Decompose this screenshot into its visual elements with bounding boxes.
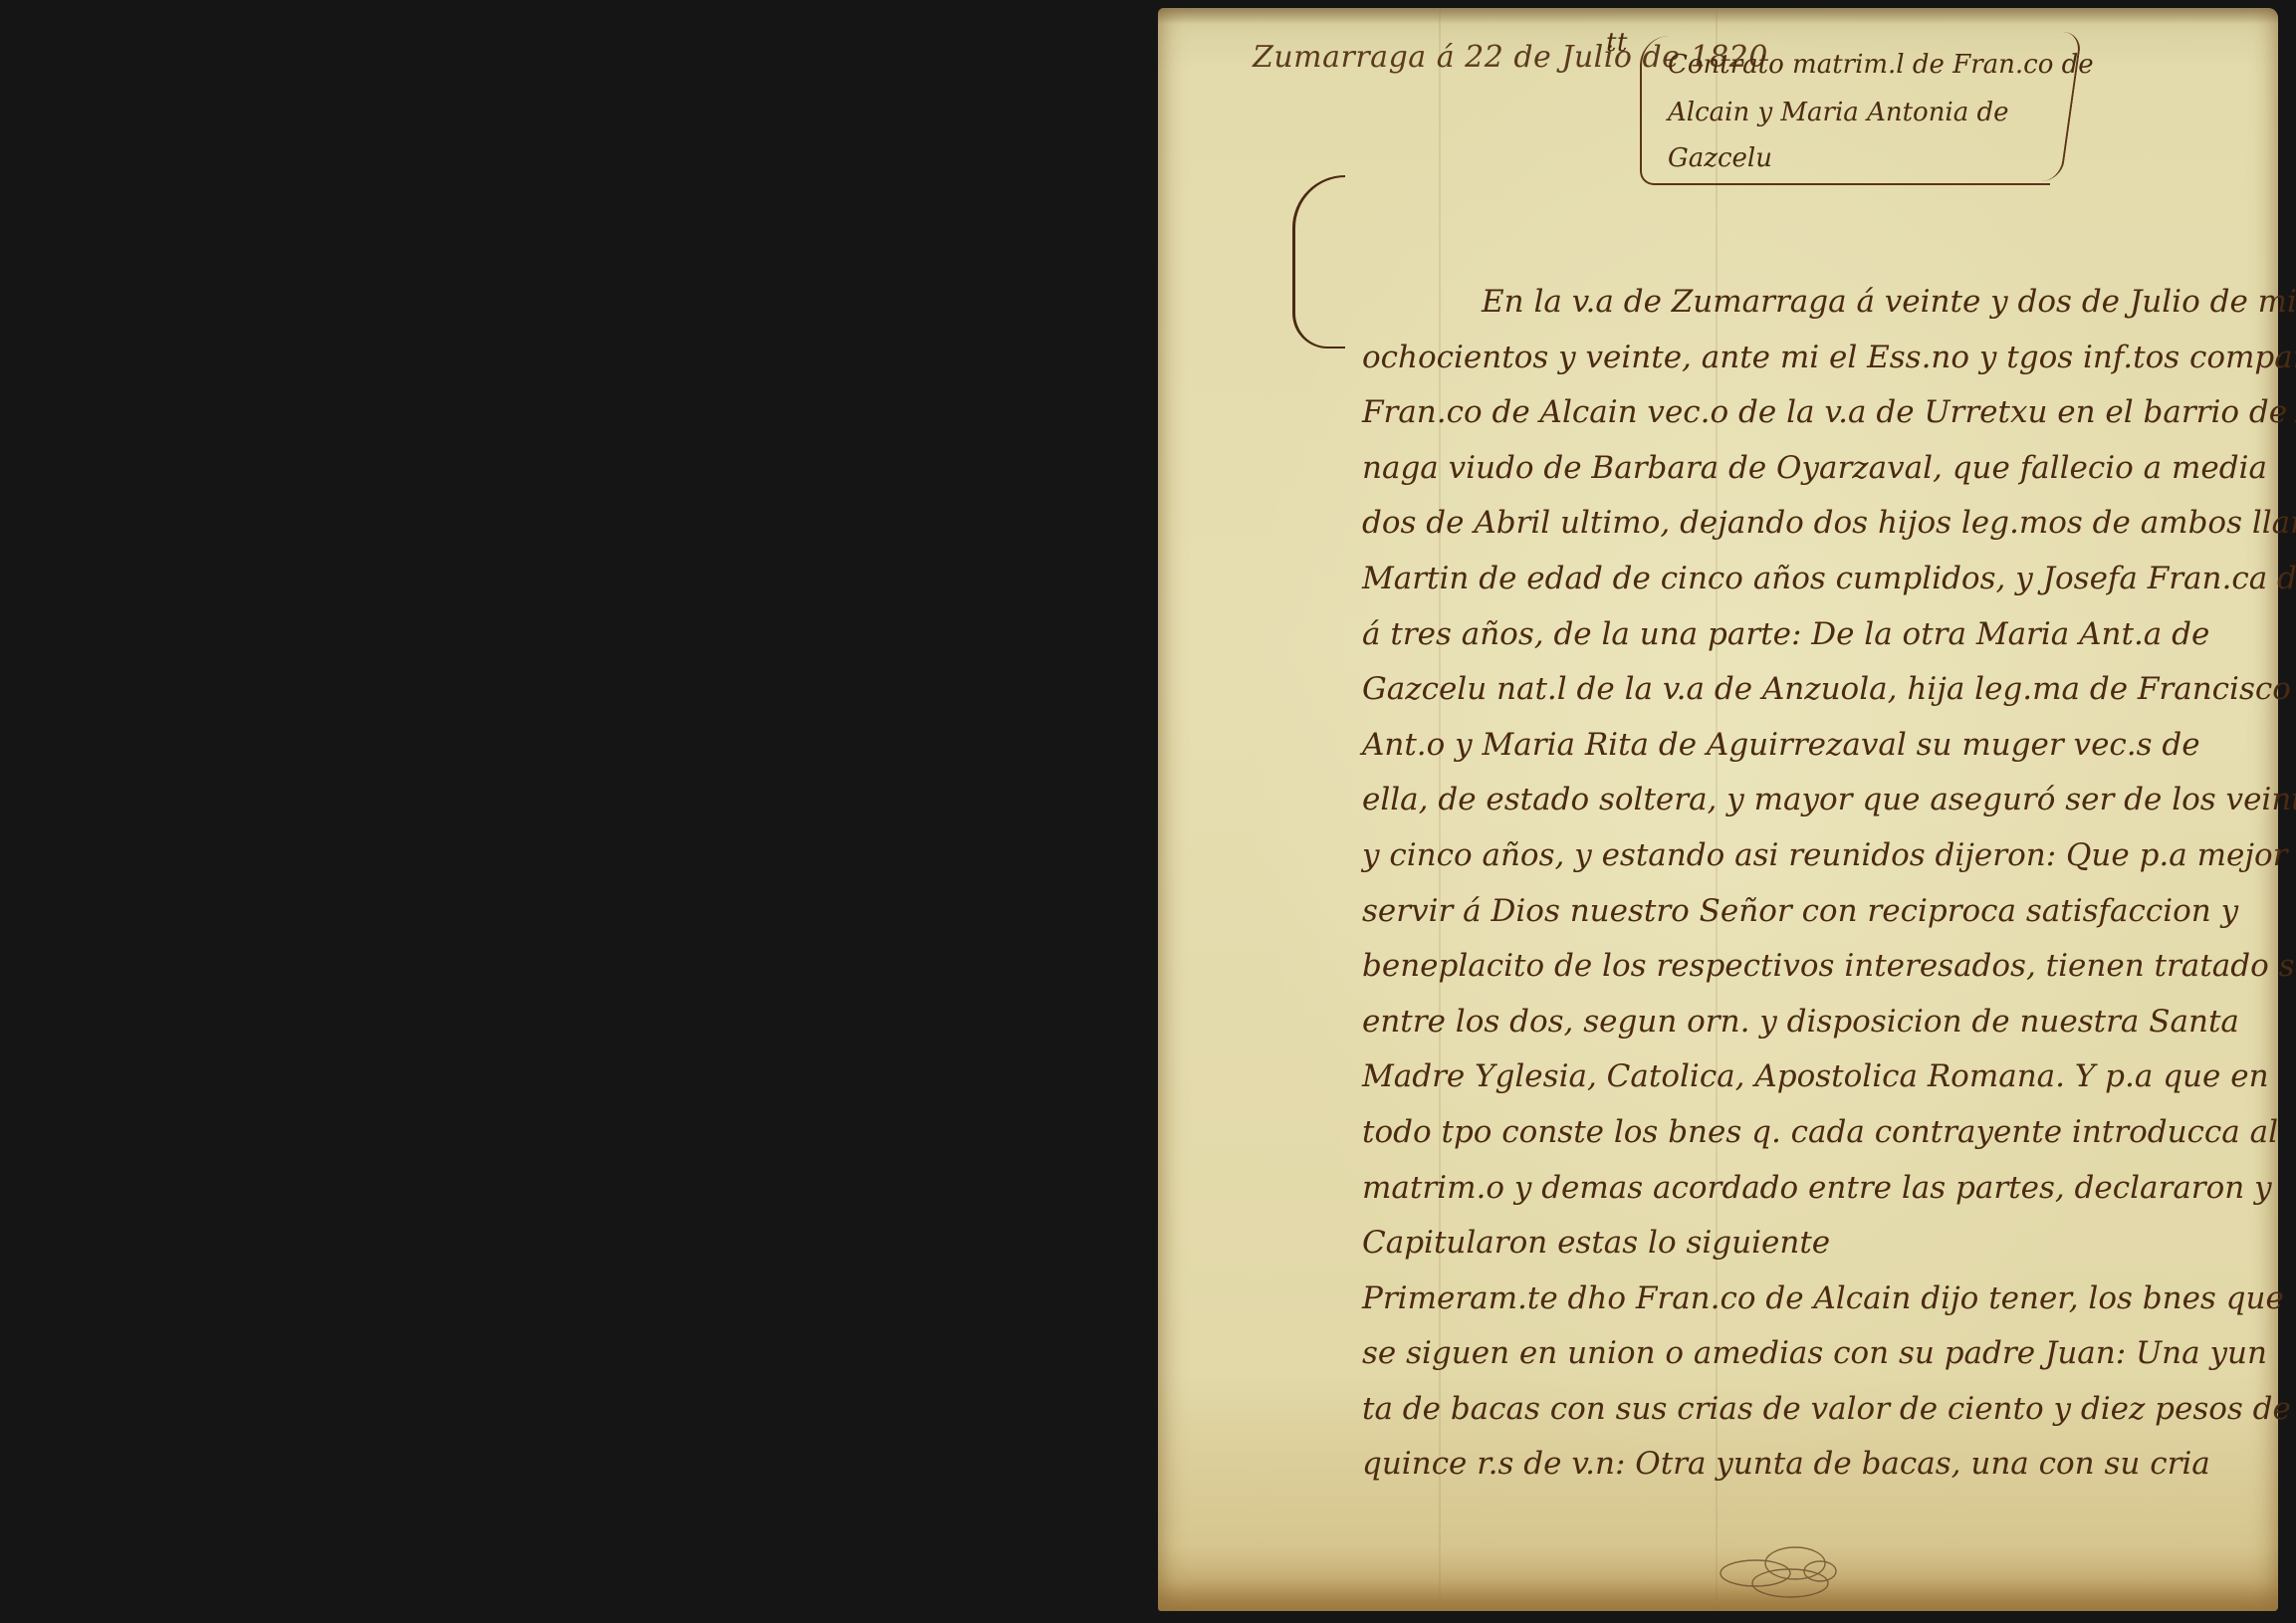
text-line: beneplacito de los respectivos interesad…	[1362, 939, 2218, 995]
text-line: Capitularon estas lo siguiente	[1362, 1216, 2218, 1272]
text-line: Martin de edad de cinco años cumplidos, …	[1362, 552, 2218, 607]
text-line: Ant.o y Maria Rita de Aguirrezaval su mu…	[1362, 718, 2218, 774]
text-line: servir á Dios nuestro Señor con reciproc…	[1362, 884, 2218, 940]
marginal-heading: Contrato matrim.l de Fran.co de Alcain y…	[1640, 36, 2050, 185]
margin-marker: tt	[1606, 28, 1628, 58]
text-line: Madre Yglesia, Catolica, Apostolica Roma…	[1362, 1049, 2218, 1105]
text-line: dos de Abril ultimo, dejando dos hijos l…	[1362, 496, 2218, 552]
text-line: En la v.a de Zumarraga á veinte y dos de…	[1362, 275, 2218, 331]
text-line: y cinco años, y estando asi reunidos dij…	[1362, 828, 2218, 884]
manuscript-page: Zumarraga á 22 de Julio de 1820 tt Contr…	[1158, 8, 2278, 1611]
text-line: se siguen en union o amedias con su padr…	[1362, 1326, 2218, 1382]
text-line: Gazcelu nat.l de la v.a de Anzuola, hija…	[1362, 662, 2218, 718]
text-line: ella, de estado soltera, y mayor que ase…	[1362, 773, 2218, 828]
text-line: todo tpo conste los bnes q. cada contray…	[1362, 1105, 2218, 1161]
text-line: ta de bacas con sus crias de valor de ci…	[1362, 1382, 2218, 1438]
text-line: quince r.s de v.n: Otra yunta de bacas, …	[1362, 1437, 2218, 1493]
text-line: entre los dos, segun orn. y disposicion …	[1362, 995, 2218, 1050]
closing-flourish-icon	[1716, 1543, 1865, 1599]
heading-line: Gazcelu	[1668, 143, 1772, 173]
text-line: ochocientos y veinte, ante mi el Ess.no …	[1362, 331, 2218, 386]
text-line: á tres años, de la una parte: De la otra…	[1362, 607, 2218, 663]
image-viewer-background: Zumarraga á 22 de Julio de 1820 tt Contr…	[0, 0, 2296, 1623]
text-line: naga viudo de Barbara de Oyarzaval, que …	[1362, 441, 2218, 497]
heading-line: Contrato matrim.l de Fran.co de	[1668, 50, 2094, 80]
manuscript-body: En la v.a de Zumarraga á veinte y dos de…	[1362, 275, 2218, 1493]
decorated-initial-e	[1292, 175, 1345, 348]
text-line: Primeram.te dho Fran.co de Alcain dijo t…	[1362, 1272, 2218, 1327]
text-line: Fran.co de Alcain vec.o de la v.a de Urr…	[1362, 385, 2218, 441]
text-line: matrim.o y demas acordado entre las part…	[1362, 1161, 2218, 1217]
heading-line: Alcain y Maria Antonia de	[1668, 98, 2009, 127]
